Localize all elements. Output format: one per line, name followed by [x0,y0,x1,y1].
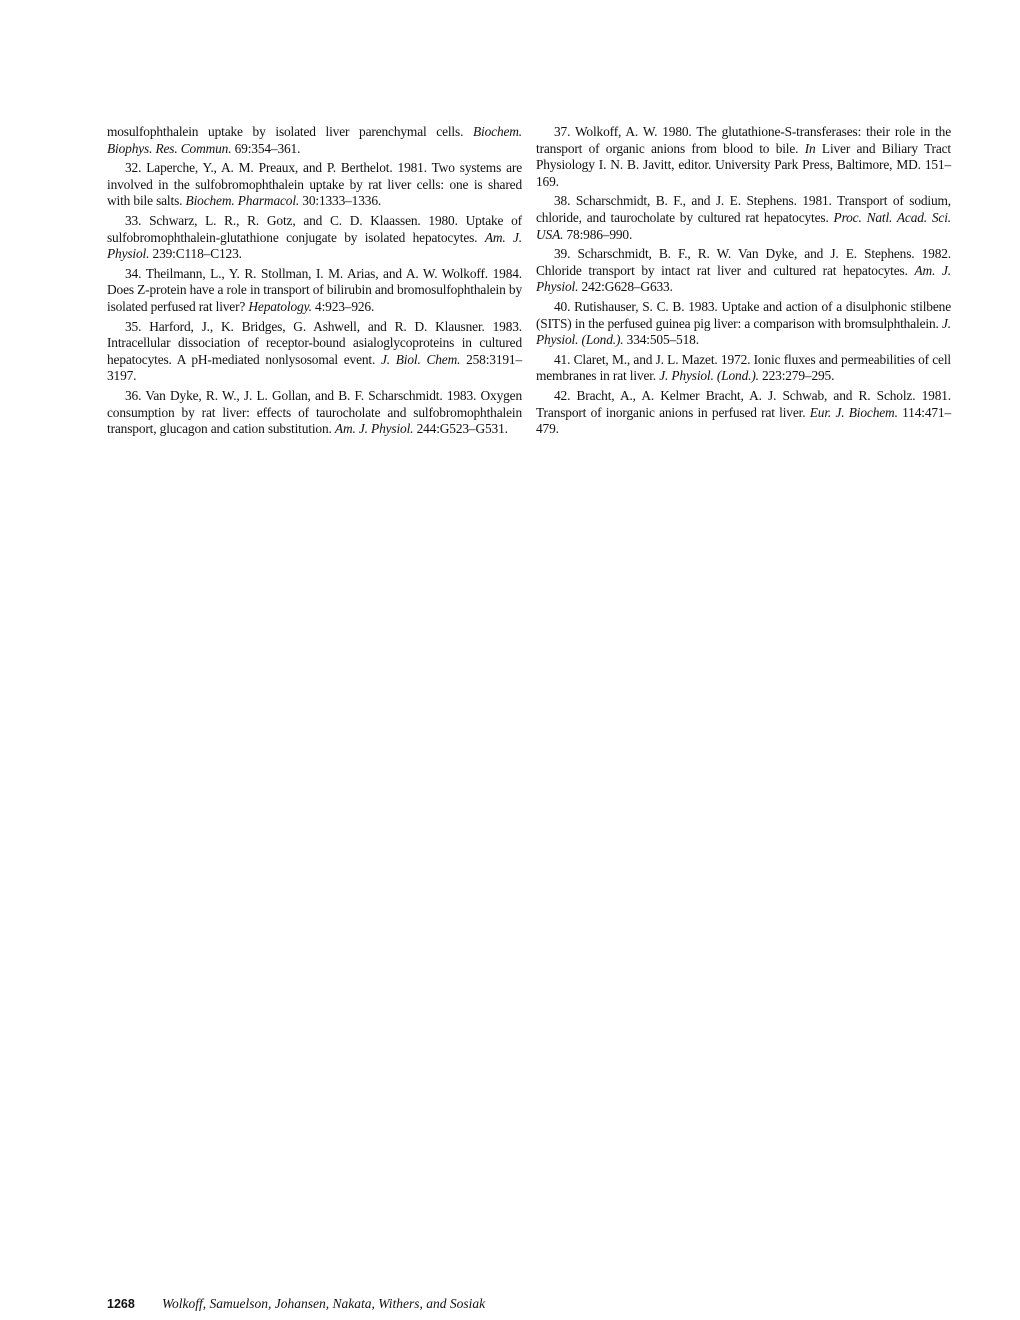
reference-number: 35. [125,319,141,334]
running-author-line: Wolkoff, Samuelson, Johansen, Nakata, Wi… [162,1296,485,1312]
reference-number: 34. [125,266,141,281]
citation-volume-pages: 239:C118–C123. [149,246,242,261]
reference-continuation: mosulfophthalein uptake by isolated live… [107,124,522,157]
reference-number: 41. [554,352,570,367]
journal-name: In [805,141,816,156]
reference-number: 37. [554,124,570,139]
reference-item-41: 41. Claret, M., and J. L. Mazet. 1972. I… [536,352,951,385]
citation-volume-pages: 223:279–295. [759,368,834,383]
reference-item-39: 39. Scharschmidt, B. F., R. W. Van Dyke,… [536,246,951,296]
reference-item-42: 42. Bracht, A., A. Kelmer Bracht, A. J. … [536,388,951,438]
reference-number: 42. [554,388,570,403]
reference-text: Rutishauser, S. C. B. 1983. Uptake and a… [536,299,951,331]
reference-item-40: 40. Rutishauser, S. C. B. 1983. Uptake a… [536,299,951,349]
reference-item-38: 38. Scharschmidt, B. F., and J. E. Steph… [536,193,951,243]
journal-name: J. Biol. Chem. [381,352,460,367]
citation-volume-pages: 69:354–361. [231,141,300,156]
reference-item-34: 34. Theilmann, L., Y. R. Stollman, I. M.… [107,266,522,316]
reference-text: Schwarz, L. R., R. Gotz, and C. D. Klaas… [107,213,522,245]
reference-number: 36. [125,388,141,403]
reference-text: Scharschmidt, B. F., R. W. Van Dyke, and… [536,246,951,278]
citation-volume-pages: 4:923–926. [312,299,374,314]
citation-volume-pages: 78:986–990. [563,227,632,242]
page-footer: 1268 Wolkoff, Samuelson, Johansen, Nakat… [107,1296,485,1312]
reference-text: mosulfophthalein uptake by isolated live… [107,124,473,139]
reference-item-33: 33. Schwarz, L. R., R. Gotz, and C. D. K… [107,213,522,263]
reference-column-right: 37. Wolkoff, A. W. 1980. The glutathione… [536,124,951,441]
reference-number: 32. [125,160,141,175]
reference-item-32: 32. Laperche, Y., A. M. Preaux, and P. B… [107,160,522,210]
journal-name: Am. J. Physiol. [335,421,413,436]
reference-number: 38. [554,193,570,208]
citation-volume-pages: 30:1333–1336. [299,193,381,208]
reference-item-35: 35. Harford, J., K. Bridges, G. Ashwell,… [107,319,522,385]
reference-item-37: 37. Wolkoff, A. W. 1980. The glutathione… [536,124,951,190]
reference-number: 39. [554,246,570,261]
reference-number: 33. [125,213,141,228]
reference-column-left: mosulfophthalein uptake by isolated live… [107,124,522,441]
journal-name: Hepatology. [248,299,311,314]
page-number: 1268 [107,1297,162,1311]
citation-volume-pages: 244:G523–G531. [413,421,507,436]
reference-number: 40. [554,299,570,314]
citation-volume-pages: 334:505–518. [623,332,698,347]
citation-volume-pages: 242:G628–G633. [578,279,672,294]
reference-item-36: 36. Van Dyke, R. W., J. L. Gollan, and B… [107,388,522,438]
journal-name: Biochem. Pharmacol. [186,193,300,208]
journal-name: Eur. J. Biochem. [810,405,898,420]
journal-name: J. Physiol. (Lond.). [659,368,759,383]
